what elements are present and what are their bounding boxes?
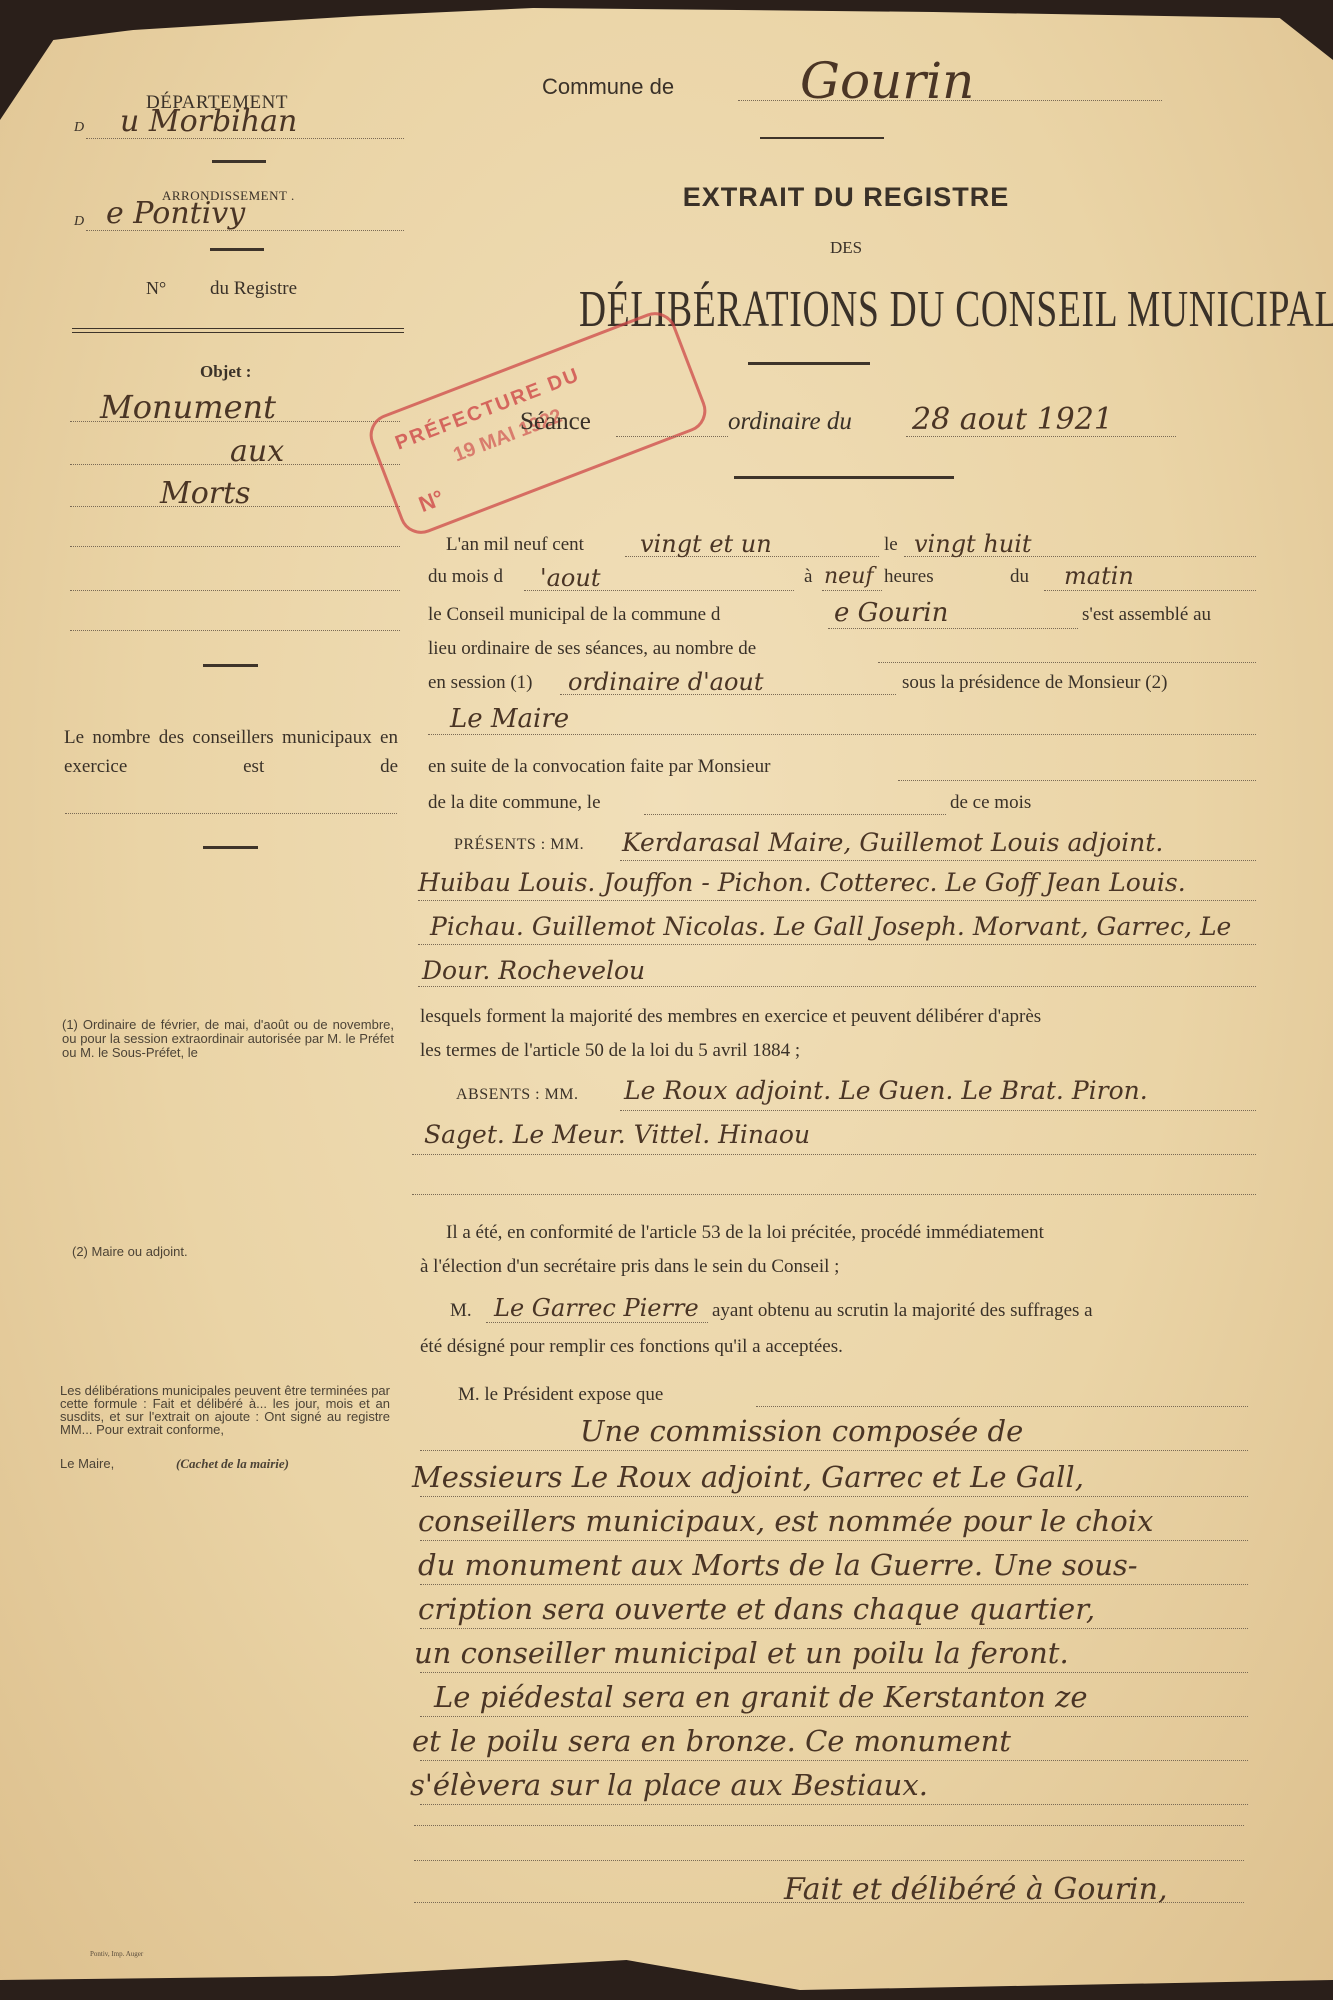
body-text: le Conseil municipal de la commune d — [428, 604, 720, 626]
formula-cachet: (Cachet de la mairie) — [176, 1457, 289, 1471]
expose-label: M. le Président expose que — [458, 1384, 663, 1406]
body-text: à — [804, 566, 812, 588]
seance-line — [616, 436, 728, 437]
field-line — [428, 734, 1256, 735]
expose-line[interactable]: du monument aux Morts de la Guerre. Une … — [418, 1548, 1138, 1582]
expose-line[interactable]: un conseiller municipal et un poilu la f… — [414, 1636, 1069, 1670]
divider — [734, 476, 954, 479]
divider — [203, 664, 258, 667]
body-text: lieu ordinaire de ses séances, au nombre… — [428, 638, 756, 660]
body-text: ayant obtenu au scrutin la majorité des … — [712, 1300, 1093, 1322]
seance-date[interactable]: 28 aout 1921 — [912, 402, 1113, 437]
divider — [210, 248, 264, 251]
divider — [212, 160, 266, 163]
field-line — [1044, 590, 1256, 591]
body-text: s'est assemblé au — [1082, 604, 1211, 626]
registre-double-rule — [72, 328, 404, 333]
field-line — [420, 1540, 1248, 1541]
absents-label: ABSENTS : MM. — [456, 1086, 579, 1104]
commune-label: Commune de — [542, 74, 674, 100]
body-text: M. — [450, 1300, 472, 1322]
field-line — [414, 1825, 1244, 1826]
field-line — [420, 1584, 1248, 1585]
body-text: en session (1) — [428, 672, 532, 694]
divider — [760, 137, 884, 139]
year-field[interactable]: vingt et un — [640, 530, 772, 558]
footnote-2: (2) Maire ou adjoint. — [72, 1245, 188, 1259]
presents-line[interactable]: Pichau. Guillemot Nicolas. Le Gall Josep… — [430, 912, 1231, 941]
arrondissement-value[interactable]: e Pontivy — [106, 196, 245, 231]
field-line — [418, 944, 1256, 945]
field-line — [878, 662, 1256, 663]
arrondissement-prefix: D — [74, 214, 84, 230]
body-text: été désigné pour remplir ces fonctions q… — [420, 1336, 843, 1358]
body-text: L'an mil neuf cent — [446, 534, 584, 556]
body-text: les termes de l'article 50 de la loi du … — [420, 1040, 800, 1062]
field-line — [620, 1110, 1256, 1111]
field-line — [828, 628, 1078, 629]
expose-line[interactable]: s'élèvera sur la place aux Bestiaux. — [410, 1768, 928, 1802]
body-text: du mois d — [428, 566, 503, 588]
field-line — [756, 1406, 1248, 1407]
presents-label: PRÉSENTS : MM. — [454, 836, 584, 854]
field-line — [420, 1716, 1248, 1717]
field-line — [620, 860, 1256, 861]
objet-rule — [70, 506, 400, 507]
body-text: en suite de la convocation faite par Mon… — [428, 756, 770, 778]
seance-type: ordinaire du — [728, 408, 852, 436]
field-line — [420, 1804, 1248, 1805]
body-text: lesquels forment la majorité des membres… — [420, 1006, 1041, 1028]
field-line — [414, 1860, 1244, 1861]
departement-value[interactable]: u Morbihan — [120, 104, 297, 139]
body-text: du — [1010, 566, 1029, 588]
objet-rule — [70, 630, 400, 631]
body-text: de la dite commune, le — [428, 792, 601, 814]
divider — [748, 362, 870, 365]
objet-rule — [70, 464, 400, 465]
conseillers-line — [65, 813, 397, 814]
field-line — [420, 1450, 1248, 1451]
field-line — [486, 1322, 708, 1323]
month-field[interactable]: 'aout — [540, 564, 600, 592]
president-field[interactable]: Le Maire — [450, 704, 569, 734]
seance-label: Séance — [520, 408, 591, 436]
body-text: à l'élection d'un secrétaire pris dans l… — [420, 1256, 839, 1278]
field-line — [420, 1760, 1248, 1761]
hour-field[interactable]: neuf — [824, 564, 874, 589]
absents-line[interactable]: Le Roux adjoint. Le Guen. Le Brat. Piron… — [624, 1076, 1148, 1105]
field-line — [412, 1194, 1256, 1195]
field-line — [418, 900, 1256, 901]
field-line — [420, 1672, 1248, 1673]
presents-line[interactable]: Dour. Rochevelou — [422, 956, 645, 985]
presents-line[interactable]: Kerdarasal Maire, Guillemot Louis adjoin… — [622, 828, 1163, 857]
field-line — [420, 1628, 1248, 1629]
body-text: de ce mois — [950, 792, 1031, 814]
objet-rule — [70, 421, 400, 422]
secretaire-field[interactable]: Le Garrec Pierre — [494, 1294, 699, 1322]
session-field[interactable]: ordinaire d'aout — [568, 668, 764, 696]
body-text: heures — [884, 566, 934, 588]
objet-rule — [70, 590, 400, 591]
title-extrait: EXTRAIT DU REGISTRE — [566, 182, 1126, 213]
presents-line[interactable]: Huibau Louis. Jouffon - Pichon. Cotterec… — [418, 868, 1186, 897]
time-of-day-field[interactable]: matin — [1064, 562, 1134, 590]
footnote-1: (1) Ordinaire de février, de mai, d'août… — [62, 1018, 394, 1060]
body-text: le — [884, 534, 898, 556]
closing-formula[interactable]: Fait et délibéré à Gourin, — [784, 1872, 1168, 1907]
expose-line[interactable]: conseillers municipaux, est nommée pour … — [418, 1504, 1153, 1538]
field-line — [644, 814, 946, 815]
commune-value[interactable]: Gourin — [800, 52, 974, 110]
expose-line[interactable]: cription sera ouverte et dans chaque qua… — [418, 1592, 1095, 1626]
absents-line[interactable]: Saget. Le Meur. Vittel. Hinaou — [424, 1120, 810, 1149]
registre-no-label: N° — [146, 278, 166, 299]
departement-prefix: D — [74, 120, 84, 136]
day-field[interactable]: vingt huit — [914, 530, 1032, 558]
document-page: DÉPARTEMENT D u Morbihan ARRONDISSEMENT … — [0, 0, 1333, 2000]
registre-label: du Registre — [210, 278, 297, 300]
formula-maire: Le Maire, — [60, 1457, 114, 1471]
expose-line[interactable]: et le poilu sera en bronze. Ce monument — [412, 1724, 1011, 1758]
field-line — [420, 1496, 1248, 1497]
expose-line[interactable]: Messieurs Le Roux adjoint, Garrec et Le … — [412, 1460, 1084, 1494]
commune-field[interactable]: e Gourin — [834, 598, 948, 628]
body-text: sous la présidence de Monsieur (2) — [902, 672, 1167, 694]
conseillers-text: Le nombre des conseillers municipaux en … — [64, 723, 398, 781]
objet-rule — [70, 546, 400, 547]
objet-label: Objet : — [200, 362, 251, 382]
stamp-line-3: N° — [415, 485, 447, 518]
field-line — [898, 780, 1256, 781]
expose-line[interactable]: Une commission composée de — [580, 1414, 1023, 1448]
field-line — [418, 986, 1256, 987]
field-line — [822, 590, 882, 591]
formula-text: Les délibérations municipales peuvent êt… — [60, 1384, 390, 1436]
divider — [203, 846, 258, 849]
expose-line[interactable]: Le piédestal sera en granit de Kerstanto… — [434, 1680, 1088, 1714]
field-line — [412, 1154, 1256, 1155]
title-des: DES — [566, 238, 1126, 258]
printer-mark: Pontiv, Imp. Auger — [90, 1950, 143, 1958]
body-text: Il a été, en conformité de l'article 53 … — [446, 1222, 1044, 1244]
